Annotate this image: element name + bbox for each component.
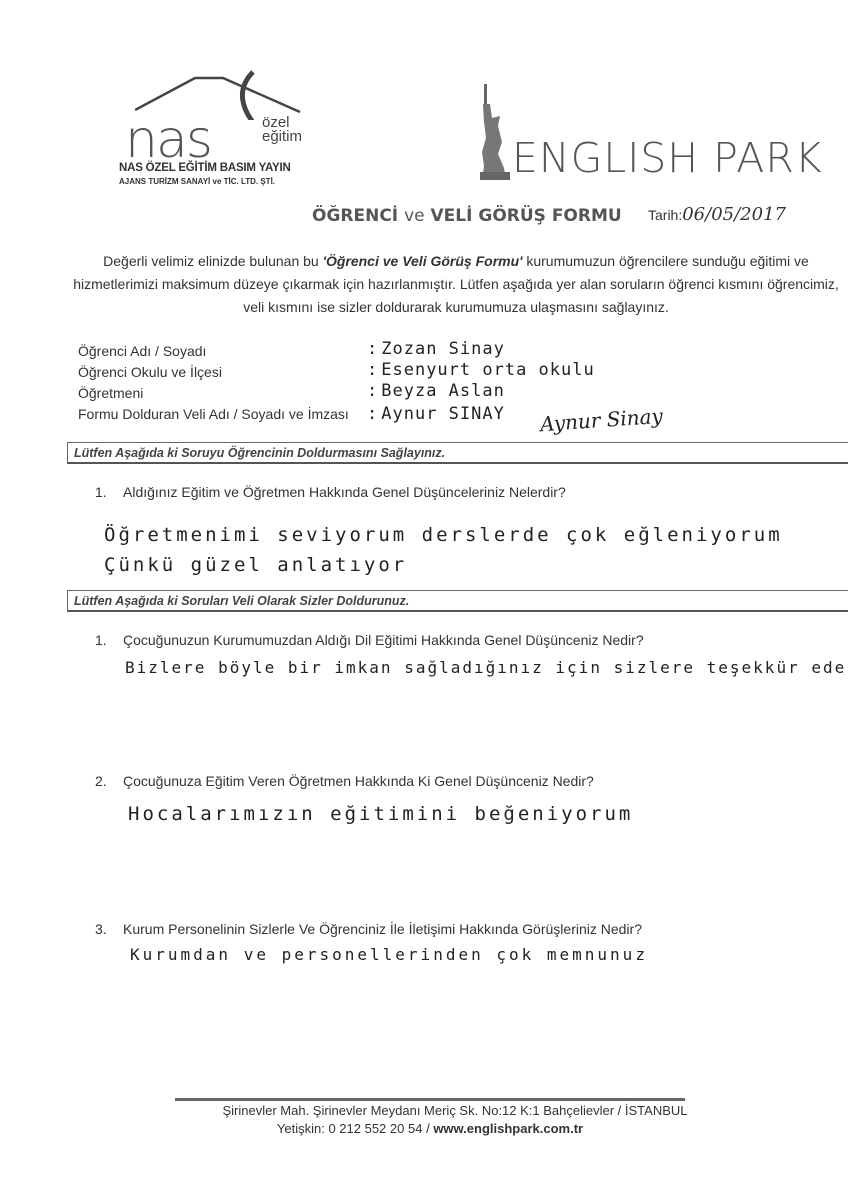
field-label-teacher: Öğretmeni bbox=[78, 385, 143, 401]
footer-phone: Yetişkin: 0 212 552 20 54 bbox=[277, 1121, 423, 1136]
nas-tag-bottom: eğitim bbox=[262, 130, 302, 144]
student-question-1: 1.Aldığınız Eğitim ve Öğretmen Hakkında … bbox=[95, 484, 566, 500]
question-number: 2. bbox=[95, 773, 123, 789]
nas-tagline: özel eğitim bbox=[262, 116, 302, 144]
parent-signature: Aynur Sinay bbox=[539, 404, 663, 437]
statue-of-liberty-icon bbox=[478, 82, 512, 182]
field-label-student-name: Öğrenci Adı / Soyadı bbox=[78, 343, 206, 359]
date-value: 06/05/201 bbox=[682, 204, 774, 225]
field-value-teacher[interactable]: :Beyza Aslan bbox=[367, 381, 505, 401]
footer-separator: / bbox=[426, 1121, 430, 1136]
footer-contact: Yetişkin: 0 212 552 20 54 / www.englishp… bbox=[175, 1121, 685, 1136]
parent-section-heading: Lütfen Aşağıda ki Soruları Veli Olarak S… bbox=[67, 590, 848, 612]
student-section-heading: Lütfen Aşağıda ki Soruyu Öğrencinin Dold… bbox=[67, 442, 848, 464]
field-label-parent: Formu Dolduran Veli Adı / Soyadı ve İmza… bbox=[78, 406, 349, 422]
parent-question-3: 3.Kurum Personelinin Sizlerle Ve Öğrenci… bbox=[95, 921, 642, 937]
teacher-text: Beyza Aslan bbox=[381, 381, 505, 401]
parent-text: Aynur SINAY bbox=[381, 404, 505, 424]
parent-question-1: 1.Çocuğunuzun Kurumumuzdan Aldığı Dil Eğ… bbox=[95, 632, 644, 648]
intro-paragraph: Değerli velimiz elinizde bulunan bu 'Öğr… bbox=[66, 250, 846, 319]
parent-question-2: 2.Çocuğunuza Eğitim Veren Öğretmen Hakkı… bbox=[95, 773, 594, 789]
question-text: Aldığınız Eğitim ve Öğretmen Hakkında Ge… bbox=[123, 484, 566, 500]
nas-logo: nas özel eğitim NAS ÖZEL EĞİTİM BASIM YA… bbox=[115, 68, 305, 188]
date-field: Tarih:06/05/2017 bbox=[648, 204, 786, 225]
nas-company-name: NAS ÖZEL EĞİTİM BASIM YAYIN bbox=[119, 162, 291, 174]
nas-company-subtitle: AJANS TURİZM SANAYİ ve TİC. LTD. ŞTİ. bbox=[119, 177, 275, 186]
parent-answer-3[interactable]: Kurumdan ve personellerinden çok memnunu… bbox=[130, 945, 648, 964]
title-part3: VELİ GÖRÜŞ FORMU bbox=[431, 206, 622, 226]
field-value-parent[interactable]: :Aynur SINAY bbox=[367, 404, 505, 424]
parent-answer-1[interactable]: Bizlere böyle bir imkan sağladığınız içi… bbox=[125, 658, 848, 677]
question-text: Kurum Personelinin Sizlerle Ve Öğrencini… bbox=[123, 921, 642, 937]
english-park-wordmark: ENGLISH PARK bbox=[512, 134, 823, 182]
footer-address: Şirinevler Mah. Şirinevler Meydanı Meriç… bbox=[175, 1103, 735, 1118]
nas-wordmark: nas bbox=[125, 110, 211, 170]
title-part1: ÖĞRENCİ bbox=[312, 206, 398, 226]
footer-divider bbox=[175, 1098, 685, 1101]
question-number: 3. bbox=[95, 921, 123, 937]
student-answer-line-1[interactable]: Öğretmenimi seviyorum derslerde çok eğle… bbox=[104, 524, 783, 546]
date-label: Tarih: bbox=[648, 207, 682, 223]
student-name-text: Zozan Sinay bbox=[381, 339, 505, 359]
parent-answer-2[interactable]: Hocalarımızın eğitimini beğeniyorum bbox=[128, 803, 633, 825]
school-text: Esenyurt orta okulu bbox=[381, 360, 594, 380]
question-number: 1. bbox=[95, 632, 123, 648]
intro-quote: 'Öğrenci ve Veli Görüş Formu' bbox=[323, 253, 523, 269]
field-label-school: Öğrenci Okulu ve İlçesi bbox=[78, 364, 222, 380]
title-part2: ve bbox=[404, 206, 425, 226]
field-value-student-name[interactable]: :Zozan Sinay bbox=[367, 339, 505, 359]
intro-pre: Değerli velimiz elinizde bulunan bu bbox=[103, 253, 322, 269]
form-title: ÖĞRENCİ ve VELİ GÖRÜŞ FORMU bbox=[312, 206, 622, 226]
english-park-logo: ENGLISH PARK bbox=[478, 82, 818, 182]
field-value-school[interactable]: :Esenyurt orta okulu bbox=[367, 360, 595, 380]
question-number: 1. bbox=[95, 484, 123, 500]
student-answer-line-2[interactable]: Çünkü güzel anlatıyor bbox=[104, 554, 407, 576]
question-text: Çocuğunuzun Kurumumuzdan Aldığı Dil Eğit… bbox=[123, 632, 644, 648]
question-text: Çocuğunuza Eğitim Veren Öğretmen Hakkınd… bbox=[123, 773, 594, 789]
footer-website-link[interactable]: www.englishpark.com.tr bbox=[433, 1121, 583, 1136]
date-year-digit: 7 bbox=[775, 204, 786, 225]
